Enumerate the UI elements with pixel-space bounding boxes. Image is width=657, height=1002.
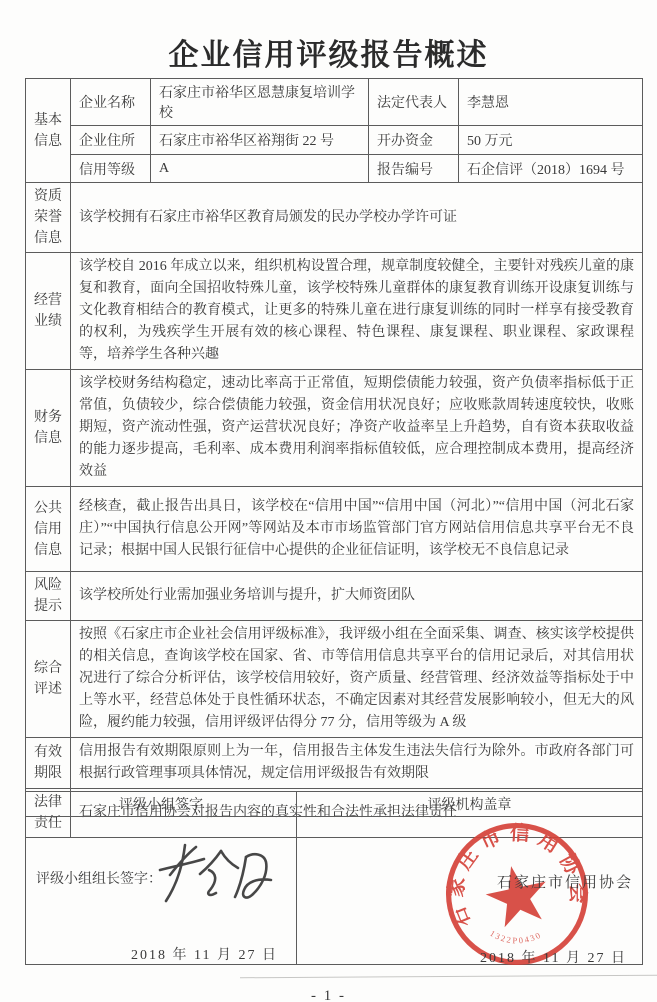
table-row: 经营 业绩 该学校自 2016 年成立以来，组织机构设置合理，规章制度较健全，主… xyxy=(26,253,643,370)
section-label-qualification-honor: 资质 荣誉 信息 xyxy=(26,183,71,253)
field-value-report-number: 石企信评（2018）1694 号 xyxy=(459,155,643,183)
table-row: 财务 信息 该学校财务结构稳定，速动比率高于正常值，短期偿债能力较强，资产负债率… xyxy=(26,370,643,487)
handwritten-signature xyxy=(154,835,279,913)
section-label-validity-period: 有效 期限 xyxy=(26,738,71,789)
page-number: - 1 - xyxy=(0,988,657,1002)
section-text-financial-info: 该学校财务结构稳定，速动比率高于正常值，短期偿债能力较强，资产负债率指标低于正常… xyxy=(71,370,643,487)
signature-date: 2018 年 11 月 27 日 xyxy=(131,944,278,964)
rating-team-signature-header: 评级小组签字 xyxy=(26,792,297,817)
field-label-company-name: 企业名称 xyxy=(71,79,151,126)
field-value-registered-capital: 50 万元 xyxy=(459,126,643,155)
field-label-credit-rating: 信用等级 xyxy=(71,155,151,183)
section-text-business-performance: 该学校自 2016 年成立以来，组织机构设置合理，规章制度较健全，主要针对残疾儿… xyxy=(71,253,643,370)
field-label-legal-representative: 法定代表人 xyxy=(369,79,459,126)
seal-cell: 石家庄市信用协会 1322P0430 石家庄市信用协会 2018 年 11 月 … xyxy=(297,817,643,965)
report-table: 基本 信息 企业名称 石家庄市裕华区恩慧康复培训学校 法定代表人 李慧恩 企业住… xyxy=(25,78,643,838)
rating-agency-seal-header: 评级机构盖章 xyxy=(297,792,643,817)
signature-cell: 评级小组组长签字： 2018 年 11 月 xyxy=(26,817,297,965)
table-row: 风险 提示 该学校所处行业需加强业务培训与提升，扩大师资团队 xyxy=(26,572,643,621)
report-page: 企业信用评级报告概述 基本 信息 企业名称 石家庄市裕华区恩慧康复培训学校 法定… xyxy=(0,0,657,1002)
section-text-comprehensive-review: 按照《石家庄市企业社会信用评级标准》，我评级小组在全面采集、调查、核实该学校提供… xyxy=(71,621,643,738)
section-label-public-credit-info: 公共 信用 信息 xyxy=(26,487,71,572)
field-value-legal-representative: 李慧恩 xyxy=(459,79,643,126)
field-value-company-address: 石家庄市裕华区裕翔街 22 号 xyxy=(151,126,369,155)
table-row: 公共 信用 信息 经核查，截止报告出具日，该学校在“信用中国”“信用中国（河北）… xyxy=(26,487,643,572)
seal-organization-name: 石家庄市信用协会 xyxy=(497,871,633,892)
section-text-validity-period: 信用报告有效期限原则上为一年，信用报告主体发生违法失信行为除外。市政府各部门可根… xyxy=(71,738,643,789)
page-title: 企业信用评级报告概述 xyxy=(0,30,657,74)
section-text-risk-warning: 该学校所处行业需加强业务培训与提升，扩大师资团队 xyxy=(71,572,643,621)
section-text-public-credit-info: 经核查，截止报告出具日，该学校在“信用中国”“信用中国（河北）”“信用中国（河北… xyxy=(71,487,643,572)
field-label-report-number: 报告编号 xyxy=(369,155,459,183)
section-label-financial-info: 财务 信息 xyxy=(26,370,71,487)
section-text-qualification-honor: 该学校拥有石家庄市裕华区教育局颁发的民办学校办学许可证 xyxy=(71,183,643,253)
section-label-basic-info: 基本 信息 xyxy=(26,79,71,183)
table-row: 综合 评述 按照《石家庄市企业社会信用评级标准》，我评级小组在全面采集、调查、核… xyxy=(26,621,643,738)
table-row: 有效 期限 信用报告有效期限原则上为一年，信用报告主体发生违法失信行为除外。市政… xyxy=(26,738,643,789)
table-row: 基本 信息 企业名称 石家庄市裕华区恩慧康复培训学校 法定代表人 李慧恩 xyxy=(26,79,643,126)
table-row: 信用等级 A 报告编号 石企信评（2018）1694 号 xyxy=(26,155,643,183)
section-label-risk-warning: 风险 提示 xyxy=(26,572,71,621)
table-row: 企业住所 石家庄市裕华区裕翔街 22 号 开办资金 50 万元 xyxy=(26,126,643,155)
section-label-business-performance: 经营 业绩 xyxy=(26,253,71,370)
field-value-company-name: 石家庄市裕华区恩慧康复培训学校 xyxy=(151,79,369,126)
seal-date: 2018 年 11 月 27 日 xyxy=(480,947,627,967)
field-value-credit-rating: A xyxy=(151,155,369,183)
field-label-registered-capital: 开办资金 xyxy=(369,126,459,155)
table-row: 评级小组组长签字： 2018 年 11 月 xyxy=(26,817,643,965)
section-label-comprehensive-review: 综合 评述 xyxy=(26,621,71,738)
footer-divider xyxy=(240,975,657,979)
field-label-company-address: 企业住所 xyxy=(71,126,151,155)
table-row: 资质 荣誉 信息 该学校拥有石家庄市裕华区教育局颁发的民办学校办学许可证 xyxy=(26,183,643,253)
signature-table: 评级小组签字 评级机构盖章 评级小组组长签字： xyxy=(25,791,643,965)
team-leader-signature-label: 评级小组组长签字： xyxy=(36,868,162,888)
